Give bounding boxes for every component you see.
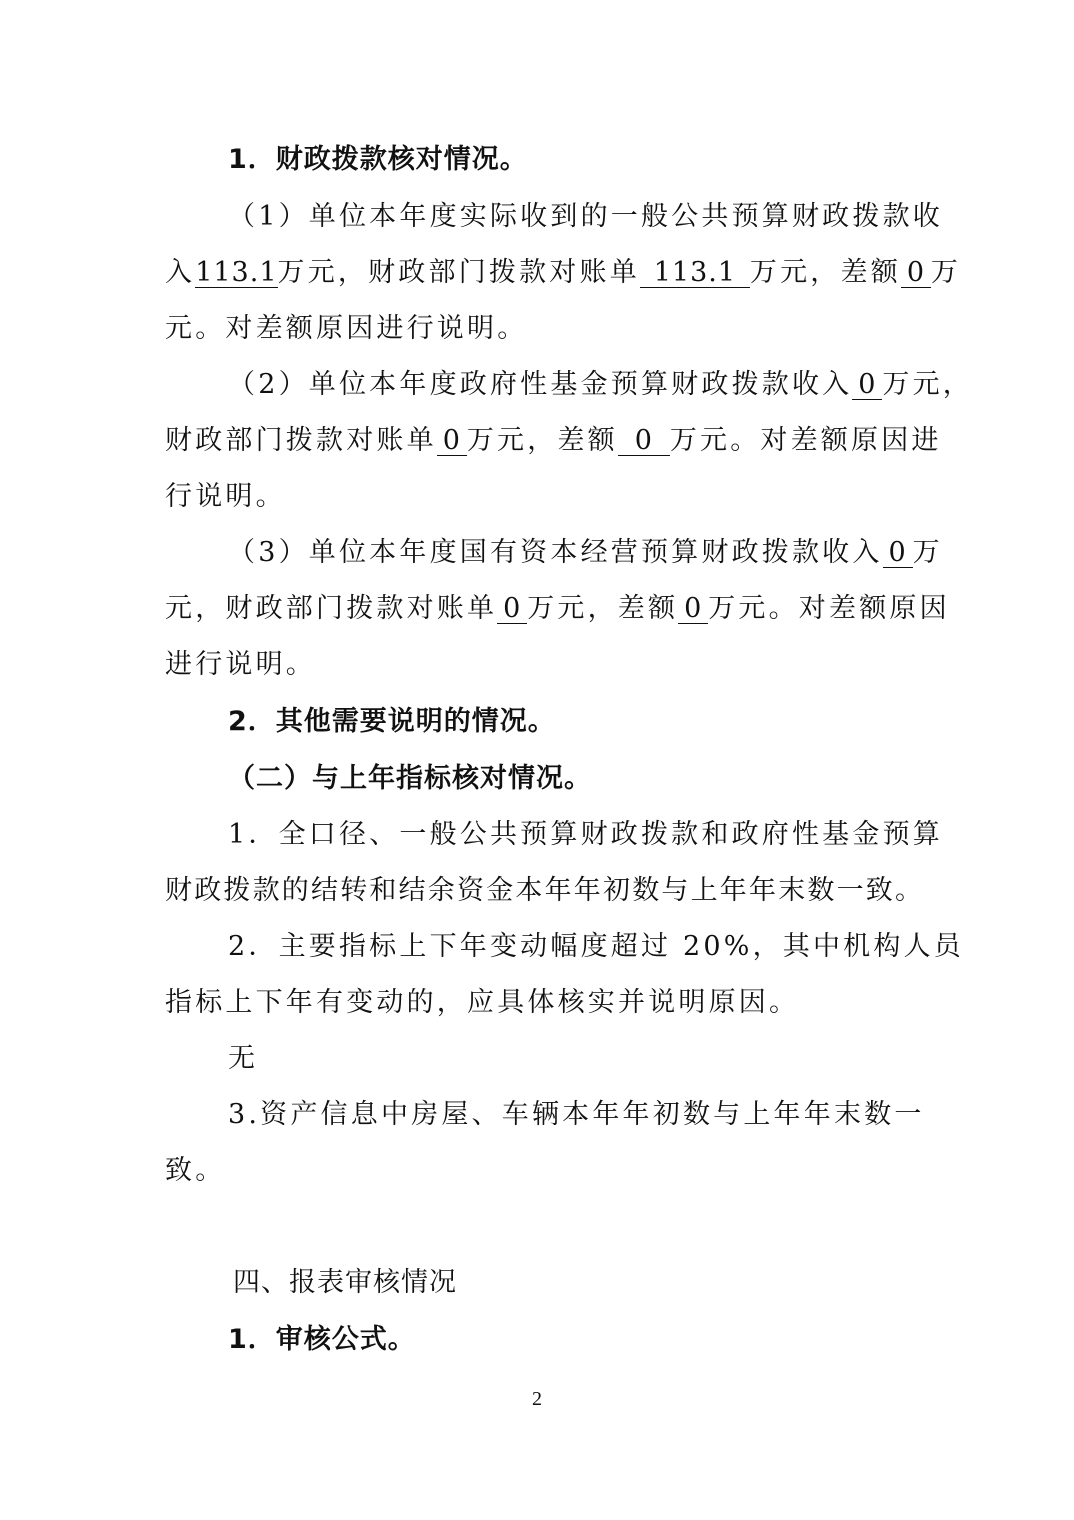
state-capital-received-value: 0 (883, 539, 913, 568)
paragraph-state-capital-line1: （3）单位本年度国有资本经营预算财政拨款收入0万 (228, 537, 918, 569)
paragraph-state-capital-line2: 元，财政部门拨款对账单0万元，差额0万元。对差额原因 (165, 593, 915, 625)
gov-fund-statement-value: 0 (437, 427, 467, 456)
paragraph-carryover-line1: 1．全口径、一般公共预算财政拨款和政府性基金预算 (228, 819, 918, 851)
paragraph-assets-line2: 致。 (165, 1155, 915, 1187)
paragraph-assets-line1: 3.资产信息中房屋、车辆本年年初数与上年年末数一 (228, 1099, 918, 1131)
gov-fund-received-value: 0 (852, 371, 882, 400)
paragraph-general-budget-line2: 入113.1万元，财政部门拨款对账单113.1万元，差额0万 (165, 257, 915, 289)
paragraph-gov-fund-line3: 行说明。 (165, 481, 915, 513)
paragraph-general-budget-line3: 元。对差额原因进行说明。 (165, 313, 915, 345)
gov-fund-difference-value: 0 (618, 427, 670, 456)
paragraph-general-budget-line1: （1）单位本年度实际收到的一般公共预算财政拨款收 (228, 201, 918, 233)
state-capital-statement-value: 0 (497, 595, 527, 624)
paragraph-indicator-change-line2: 指标上下年有变动的，应具体核实并说明原因。 (165, 987, 915, 1019)
difference-value: 0 (901, 259, 931, 288)
page-number: 2 (0, 1388, 1074, 1411)
actual-received-value: 113.1 (195, 259, 277, 288)
heading-audit-formula: 1．审核公式。 (228, 1324, 918, 1356)
paragraph-indicator-change-line1: 2．主要指标上下年变动幅度超过 20%，其中机构人员 (228, 931, 918, 963)
heading-report-audit: 四、报表审核情况 (233, 1267, 923, 1299)
heading-fiscal-allocation-check: 1．财政拨款核对情况。 (228, 144, 918, 176)
paragraph-carryover-line2: 财政拨款的结转和结余资金本年年初数与上年年末数一致。 (165, 875, 915, 907)
statement-amount-value: 113.1 (640, 259, 750, 288)
paragraph-gov-fund-line2: 财政部门拨款对账单0万元，差额0万元。对差额原因进 (165, 425, 915, 457)
heading-other-notes: 2．其他需要说明的情况。 (228, 706, 918, 738)
paragraph-gov-fund-line1: （2）单位本年度政府性基金预算财政拨款收入0万元， (228, 369, 918, 401)
paragraph-state-capital-line3: 进行说明。 (165, 649, 915, 681)
state-capital-difference-value: 0 (678, 595, 708, 624)
heading-prior-year-check: （二）与上年指标核对情况。 (228, 763, 918, 795)
indicator-change-answer: 无 (228, 1043, 918, 1075)
